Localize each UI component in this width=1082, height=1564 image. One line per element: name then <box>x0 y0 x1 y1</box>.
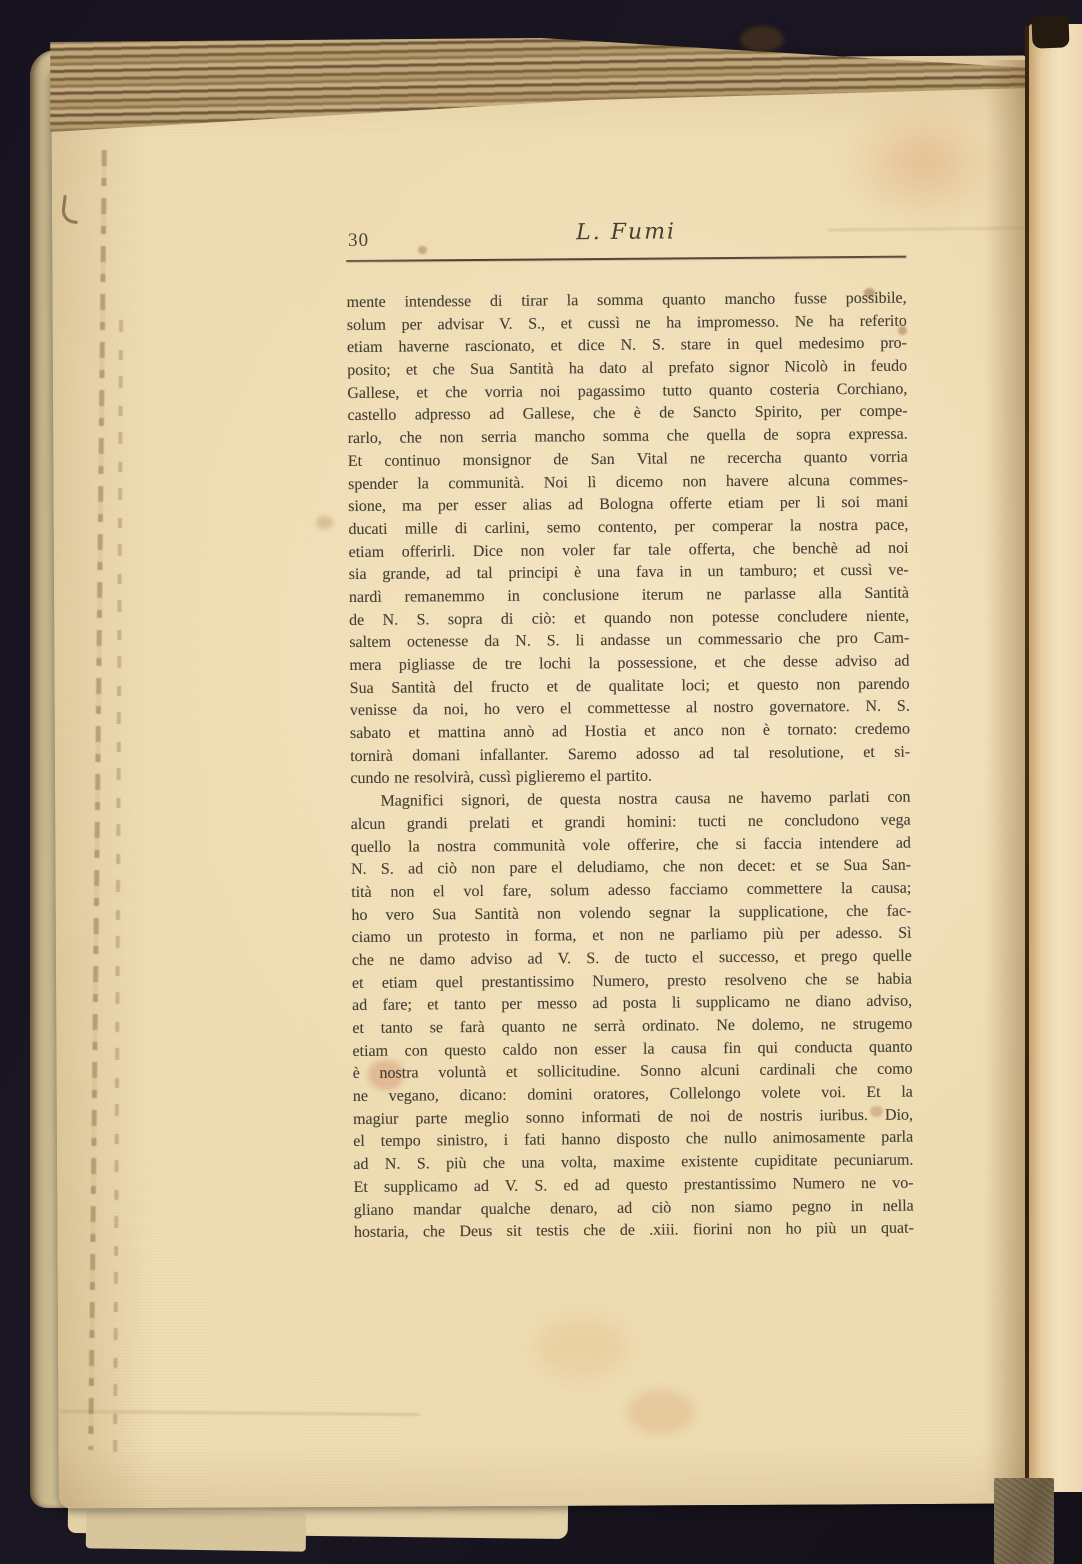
gutter-shadow <box>986 60 1026 1492</box>
paragraph: Magnifici signori, de questa nostra caus… <box>350 787 914 1245</box>
underlying-page-edge <box>86 1510 307 1551</box>
paragraph: mente intendesse di tirar la somma quant… <box>347 288 911 792</box>
facing-page-edge <box>1029 24 1082 1492</box>
stain <box>740 26 784 52</box>
running-head-row: 30 L. Fumi <box>346 216 906 258</box>
scanned-book-photo: 30 L. Fumi mente intendesse di tirar la … <box>0 0 1082 1564</box>
page-number: 30 <box>348 230 369 252</box>
book-cover-corner <box>994 1478 1054 1564</box>
body-text: mente intendesse di tirar la somma quant… <box>347 288 914 1245</box>
printed-content: 30 L. Fumi mente intendesse di tirar la … <box>346 216 914 1245</box>
running-header-title: L. Fumi <box>346 216 906 247</box>
binding-dark-notch <box>1031 15 1069 48</box>
text-line: hostaria, che Deus sit testis che de .xi… <box>354 1218 914 1245</box>
